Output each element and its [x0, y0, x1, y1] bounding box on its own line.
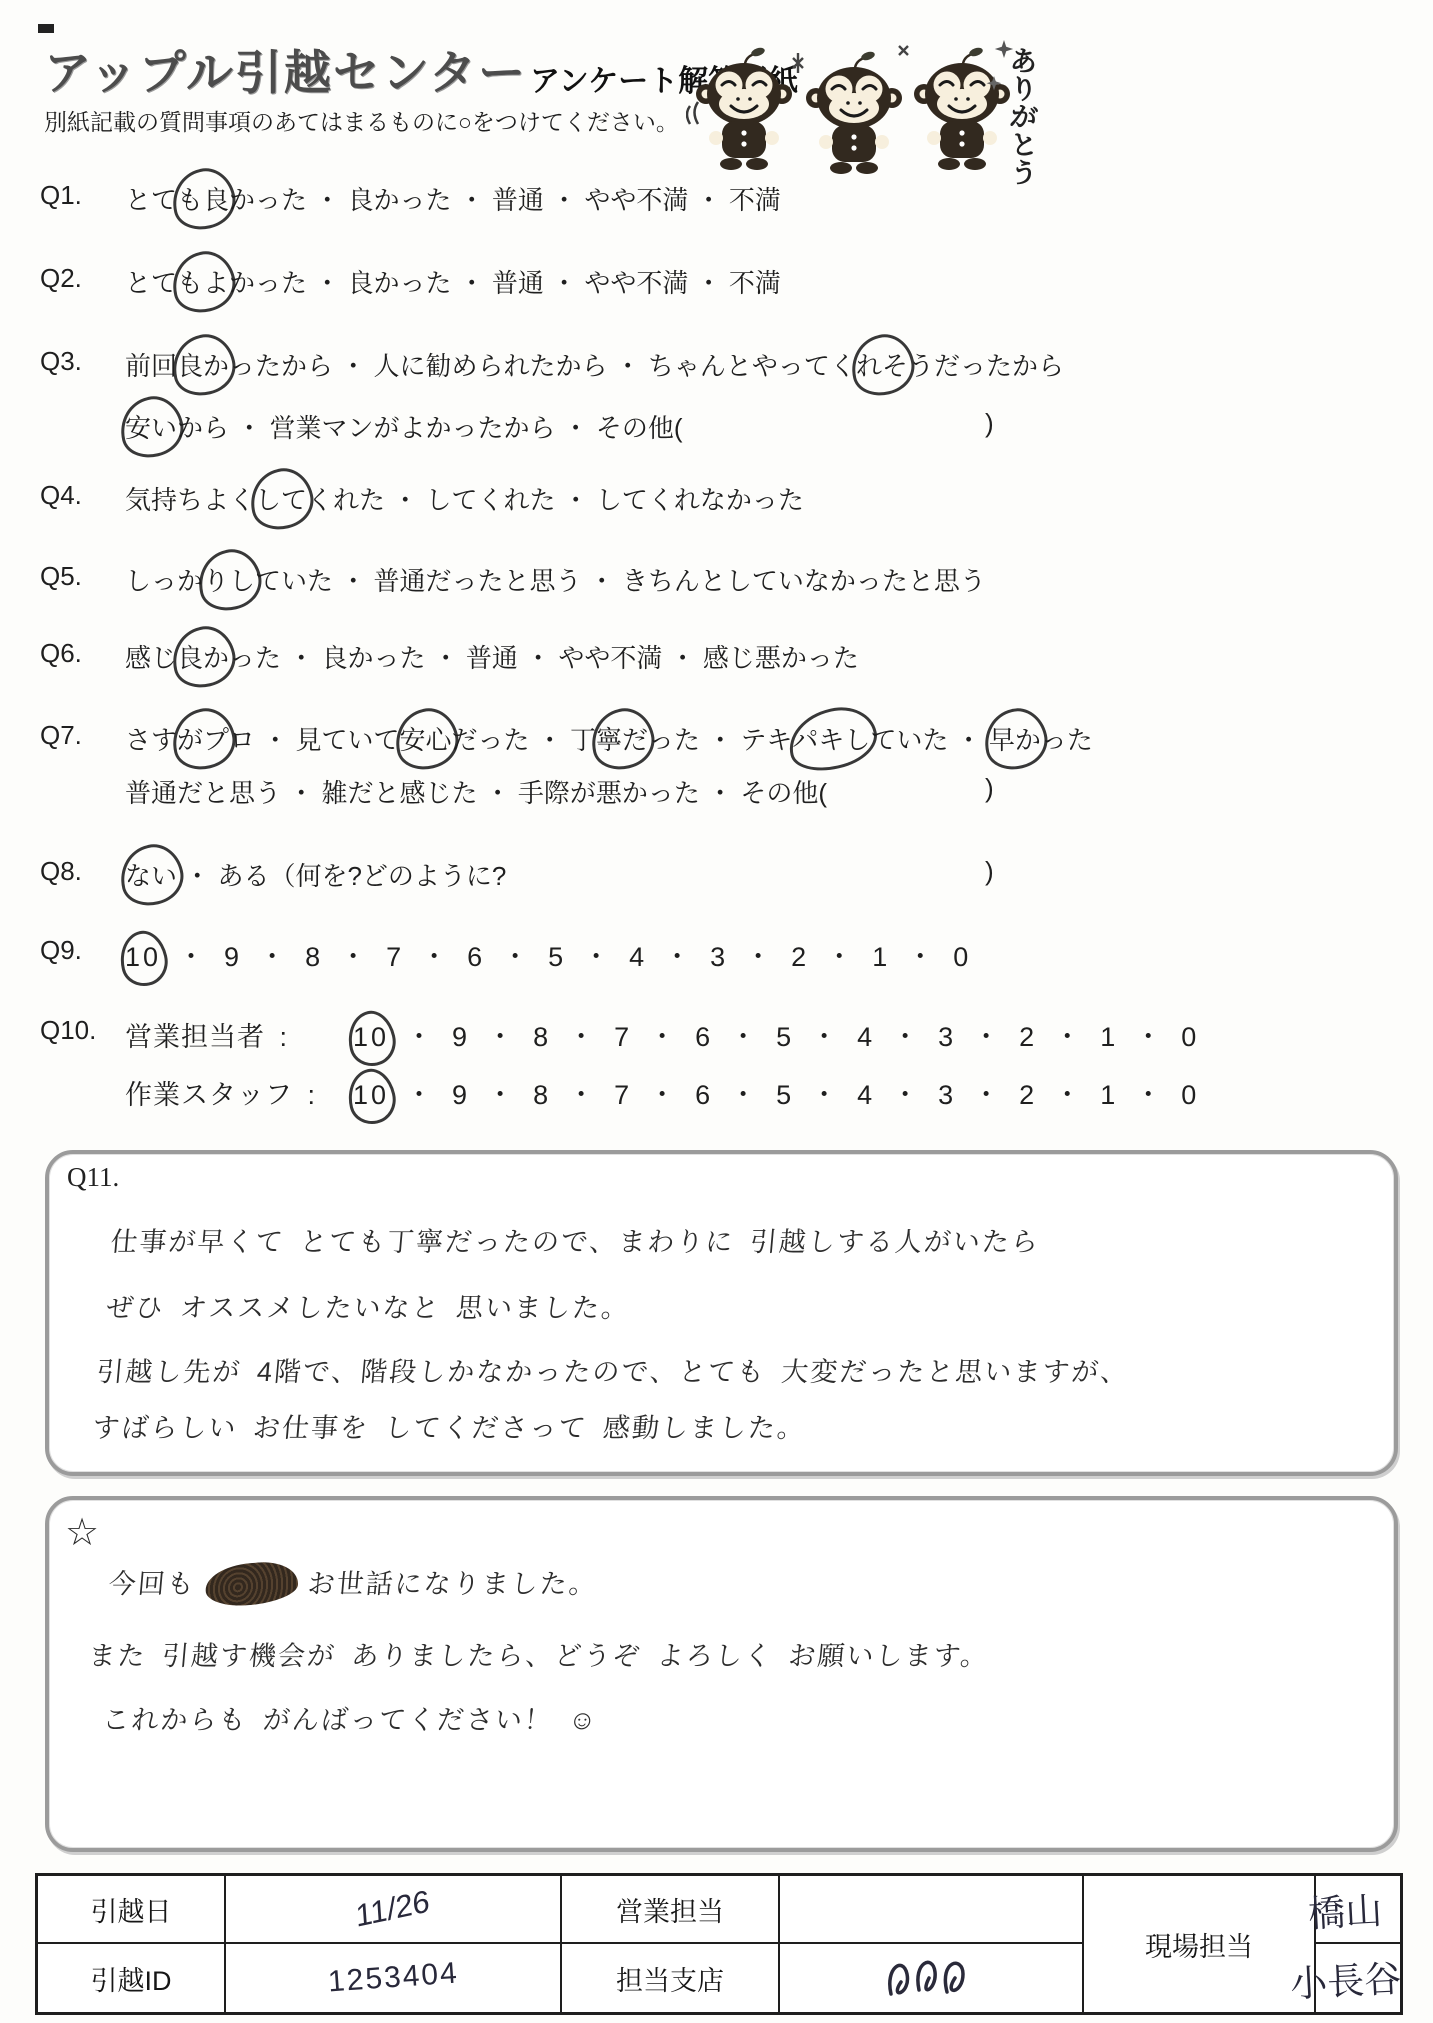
survey-sheet: アップル引越センター アンケート解答用紙 別紙記載の質問事項のあてはまるものに○… [0, 0, 1433, 2023]
company-logo: アップル引越センター [44, 36, 527, 103]
paren-close: ) [985, 408, 994, 439]
handwriting-text: 今回も [108, 1569, 198, 1599]
option-text: くれた ・ してくれた ・ してくれなかった [307, 485, 804, 515]
question-row: Q6.感じ良かった ・ 良かった ・ 普通 ・ やや不満 ・ 感じ悪かった [0, 638, 1433, 678]
answer-circle: 早か [989, 720, 1041, 757]
option-text: った ・ 良かった ・ 普通 ・ やや不満 ・ 感じ悪かった [229, 643, 859, 673]
answer-circle: 良か [177, 638, 229, 675]
answer-circle: がプ [177, 720, 229, 757]
move-id-value: 1253404 [226, 1944, 562, 2012]
option-text: ・ 9 ・ 8 ・ 7 ・ 6 ・ 5 ・ 4 ・ 3 ・ 2 ・ 1 ・ 0 [389, 1022, 1199, 1052]
question-options: 10 ・ 9 ・ 8 ・ 7 ・ 6 ・ 5 ・ 4 ・ 3 ・ 2 ・ 1 ・… [125, 935, 971, 974]
sales-rep-label: 営業担当 [562, 1876, 780, 1944]
option-text: 普通だと思う ・ 雑だと感じた ・ 手際が悪かった ・ その他( [125, 778, 827, 808]
paren-close: ) [985, 856, 994, 887]
option-text: さす [125, 725, 177, 755]
question-label: Q4. [40, 480, 82, 511]
question-label: Q7. [40, 720, 82, 751]
question-options: 普通だと思う ・ 雑だと感じた ・ 手際が悪かった ・ その他( [125, 773, 827, 810]
q11-handwriting-line: 仕事が早くて とても丁寧だったので、まわりに 引越しする人がいたら [109, 1220, 1042, 1259]
option-text: うだったから [908, 351, 1064, 381]
question-row: Q3.前回良かったから ・ 人に勧められたから ・ ちゃんとやってくれそうだった… [0, 346, 1433, 386]
answer-circle: 10 [353, 1022, 389, 1053]
option-text: とて [125, 268, 177, 298]
q11-handwriting-line: すばらしい お仕事を してくださって 感動しました。 [91, 1406, 808, 1445]
question-options: 安いから ・ 営業マンがよかったから ・ その他( [125, 408, 683, 445]
question-label: Q10. [40, 1015, 96, 1046]
handwriting-text: お世話になりました。 [307, 1569, 600, 1599]
answer-circle: 安心 [399, 720, 451, 757]
option-text: ・ ある（何を?どのように? [177, 861, 506, 891]
question-row: 普通だと思う ・ 雑だと感じた ・ 手際が悪かった ・ その他() [0, 773, 1433, 813]
thanks-text: ありがとう [1002, 46, 1042, 196]
branch-value [780, 1944, 1084, 2012]
answer-circle: りし [203, 561, 255, 598]
sparkle-icon [793, 53, 803, 73]
question-label: Q2. [40, 263, 82, 294]
question-options: ない ・ ある（何を?どのように? [125, 856, 506, 893]
question-row: Q2.とてもよかった ・ 良かった ・ 普通 ・ やや不満 ・ 不満 [0, 263, 1433, 303]
sparkle-icon [899, 46, 908, 55]
option-text: 気持ちよく [125, 485, 255, 515]
q11-comment-box: Q11. 仕事が早くて とても丁寧だったので、まわりに 引越しする人がいたらぜひ… [45, 1150, 1398, 1476]
handwriting-text: これからも がんばってください！ ☺ [101, 1705, 599, 1735]
answer-circle: 10 [353, 1080, 389, 1111]
option-text: った [1041, 725, 1093, 755]
question-row: 作業スタッフ : 10 ・ 9 ・ 8 ・ 7 ・ 6 ・ 5 ・ 4 ・ 3 … [0, 1073, 1433, 1113]
option-text: から ・ 営業マンがよかったから ・ その他( [177, 413, 683, 443]
answer-circle: れそ [856, 346, 908, 383]
question-label: Q9. [40, 935, 82, 966]
answer-circle: パキし [792, 720, 870, 757]
scan-artifact [38, 24, 54, 33]
option-text: ・ 9 ・ 8 ・ 7 ・ 6 ・ 5 ・ 4 ・ 3 ・ 2 ・ 1 ・ 0 [389, 1080, 1199, 1110]
monkey-icon [686, 36, 1016, 184]
answer-circle: 安い [125, 408, 177, 445]
question-options: 作業スタッフ : 10 ・ 9 ・ 8 ・ 7 ・ 6 ・ 5 ・ 4 ・ 3 … [125, 1073, 1199, 1112]
answer-circle: 寧だ [596, 720, 648, 757]
answer-circle: ない [125, 856, 177, 893]
answer-circle: も良 [177, 180, 229, 217]
option-text: ていた ・ [870, 725, 988, 755]
branch-label: 担当支店 [562, 1944, 780, 2012]
question-row: Q9.10 ・ 9 ・ 8 ・ 7 ・ 6 ・ 5 ・ 4 ・ 3 ・ 2 ・ … [0, 935, 1433, 975]
option-text: ロ ・ 見ていて [229, 725, 399, 755]
sales-rep-value [780, 1876, 1084, 1944]
question-options: とてもよかった ・ 良かった ・ 普通 ・ やや不満 ・ 不満 [125, 263, 781, 300]
question-row: Q8.ない ・ ある（何を?どのように?) [0, 856, 1433, 896]
question-row: Q1.とても良かった ・ 良かった ・ 普通 ・ やや不満 ・ 不満 [0, 180, 1433, 220]
scribbled-out-word [206, 1559, 298, 1609]
option-text: ていた ・ 普通だったと思う ・ きちんとしていなかったと思う [255, 566, 986, 596]
question-label: Q6. [40, 638, 82, 669]
q11-label: Q11. [67, 1162, 119, 1193]
footer-table: 引越日 11/26 営業担当 現場担当 橋山 引越ID 1253404 担当支店… [35, 1873, 1403, 2015]
star-handwriting-line: これからも がんばってください！ ☺ [101, 1698, 600, 1737]
question-row: Q10.営業担当者 : 10 ・ 9 ・ 8 ・ 7 ・ 6 ・ 5 ・ 4 ・… [0, 1015, 1433, 1055]
paren-close: ) [985, 773, 994, 804]
answer-circle: 10 [125, 942, 161, 973]
question-row: 安いから ・ 営業マンがよかったから ・ その他() [0, 408, 1433, 448]
option-text: かった ・ 良かった ・ 普通 ・ やや不満 ・ 不満 [229, 268, 781, 298]
answer-circle: 良か [177, 346, 229, 383]
instruction-text: 別紙記載の質問事項のあてはまるものに○をつけてください。 [44, 104, 679, 137]
branch-signature-scribble [871, 1948, 991, 2008]
option-text: しっか [125, 566, 203, 596]
site-staff-handwriting-1: 橋山 [1307, 1880, 1384, 1938]
question-options: 感じ良かった ・ 良かった ・ 普通 ・ やや不満 ・ 感じ悪かった [125, 638, 859, 675]
site-staff-handwriting-2: 小長谷 [1288, 1948, 1402, 2008]
star-icon: ☆ [65, 1510, 99, 1555]
handwriting-text: また 引越す機会が ありましたら、どうぞ よろしく お願いします。 [87, 1641, 990, 1671]
question-row: Q4.気持ちよくしてくれた ・ してくれた ・ してくれなかった [0, 480, 1433, 520]
question-options: とても良かった ・ 良かった ・ 普通 ・ やや不満 ・ 不満 [125, 180, 781, 217]
question-options: 気持ちよくしてくれた ・ してくれた ・ してくれなかった [125, 480, 804, 517]
star-handwriting-line: また 引越す機会が ありましたら、どうぞ よろしく お願いします。 [87, 1634, 991, 1673]
question-label: Q1. [40, 180, 82, 211]
option-text: 前回 [125, 351, 177, 381]
thanks-char: と [1001, 128, 1043, 159]
question-row: Q7.さすがプロ ・ 見ていて安心だった ・ 丁寧だった ・ テキパキしていた … [0, 720, 1433, 760]
q11-handwriting-line: ぜひ オススメしたいなと 思いました。 [105, 1286, 632, 1325]
monkey-mascots-illustration [686, 36, 1016, 189]
question-options: さすがプロ ・ 見ていて安心だった ・ 丁寧だった ・ テキパキしていた ・ 早… [125, 720, 1093, 757]
option-text: だった ・ 丁 [452, 725, 596, 755]
option-text: ったから ・ 人に勧められたから ・ ちゃんとやってく [229, 351, 856, 381]
question-row: Q5.しっかりしていた ・ 普通だったと思う ・ きちんとしていなかったと思う [0, 561, 1433, 601]
move-date-handwriting: 11/26 [355, 1883, 431, 1935]
move-id-handwriting: 1253404 [327, 1956, 460, 1999]
question-label: Q5. [40, 561, 82, 592]
star-handwriting-line: 今回もお世話になりました。 [107, 1562, 600, 1605]
question-label: Q8. [40, 856, 82, 887]
option-text: った ・ テキ [648, 725, 792, 755]
question-options: 前回良かったから ・ 人に勧められたから ・ ちゃんとやってくれそうだったから [125, 346, 1064, 383]
option-text: ・ 9 ・ 8 ・ 7 ・ 6 ・ 5 ・ 4 ・ 3 ・ 2 ・ 1 ・ 0 [161, 942, 971, 972]
answer-circle: して [255, 480, 307, 517]
star-comment-box: ☆ 今回もお世話になりました。また 引越す機会が ありましたら、どうぞ よろしく… [45, 1496, 1398, 1852]
move-id-label: 引越ID [38, 1944, 226, 2012]
motion-lines-icon [687, 102, 698, 124]
question-options: しっかりしていた ・ 普通だったと思う ・ きちんとしていなかったと思う [125, 561, 986, 598]
move-date-label: 引越日 [38, 1876, 226, 1944]
option-prefix: 営業担当者 : [125, 1015, 353, 1054]
option-text: 感じ [125, 643, 177, 673]
site-staff-label: 現場担当 [1084, 1876, 1316, 2012]
option-prefix: 作業スタッフ : [125, 1073, 353, 1112]
option-text: とて [125, 185, 177, 215]
move-date-value: 11/26 [226, 1876, 562, 1944]
question-options: 営業担当者 : 10 ・ 9 ・ 8 ・ 7 ・ 6 ・ 5 ・ 4 ・ 3 ・… [125, 1015, 1199, 1054]
site-staff-name-1: 橋山 [1316, 1876, 1400, 1944]
answer-circle: もよ [177, 263, 229, 300]
option-text: かった ・ 良かった ・ 普通 ・ やや不満 ・ 不満 [229, 185, 781, 215]
q11-handwriting-line: 引越し先が 4階で、階段しかなかったので、とても 大変だったと思いますが、 [95, 1350, 1131, 1389]
question-label: Q3. [40, 346, 82, 377]
site-staff-name-2: 小長谷 [1316, 1944, 1400, 2012]
